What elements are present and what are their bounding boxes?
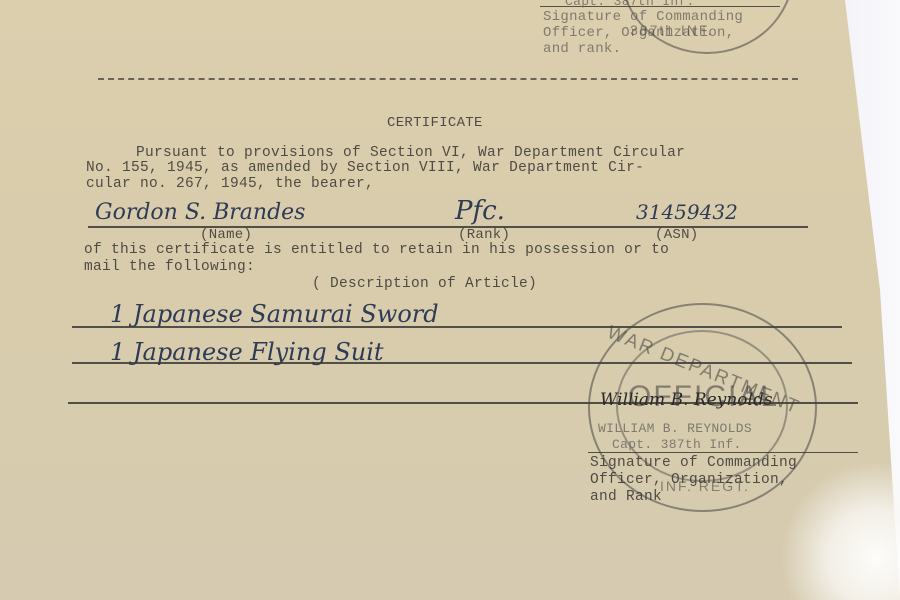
- bearer-name-handwritten: Gordon S. Brandes: [95, 200, 305, 225]
- section-separator: [98, 78, 798, 80]
- officer-signature: William B. Reynolds: [600, 390, 773, 410]
- name-label: (Name): [200, 227, 252, 243]
- officer-caption-3: and Rank: [590, 489, 662, 505]
- officer-signature-rule: [588, 452, 858, 453]
- description-label: ( Description of Article): [312, 276, 537, 292]
- entitled-line-1: of this certificate is entitled to retai…: [84, 242, 669, 258]
- officer-caption-2: Officer, Organization,: [590, 472, 788, 488]
- certificate-paper: Capt. 387th Inf. Signature of Commanding…: [0, 0, 900, 600]
- rank-label: (Rank): [458, 227, 510, 243]
- officer-typed-name: WILLIAM B. REYNOLDS: [598, 421, 752, 436]
- top-sig-caption-3: and rank.: [543, 41, 621, 57]
- bearer-rank-handwritten: Pfc.: [455, 196, 505, 226]
- officer-caption-1: Signature of Commanding: [590, 455, 797, 471]
- paragraph-line-3: cular no. 267, 1945, the bearer,: [86, 176, 374, 192]
- paragraph-line-1: Pursuant to provisions of Section VI, Wa…: [136, 145, 685, 161]
- entitled-line-2: mail the following:: [84, 259, 255, 275]
- asn-label: (ASN): [655, 227, 699, 243]
- top-stamp-text: 387th INF.: [630, 22, 714, 38]
- bearer-asn-handwritten: 31459432: [636, 200, 738, 224]
- officer-unit: Capt. 387th Inf.: [612, 437, 742, 452]
- paper-stain: [780, 460, 900, 600]
- bearer-rule: [88, 226, 808, 228]
- article-item-1: 1 Japanese Samurai Sword: [110, 300, 439, 328]
- paragraph-line-2: No. 155, 1945, as amended by Section VII…: [86, 160, 644, 176]
- certificate-title: CERTIFICATE: [387, 115, 483, 131]
